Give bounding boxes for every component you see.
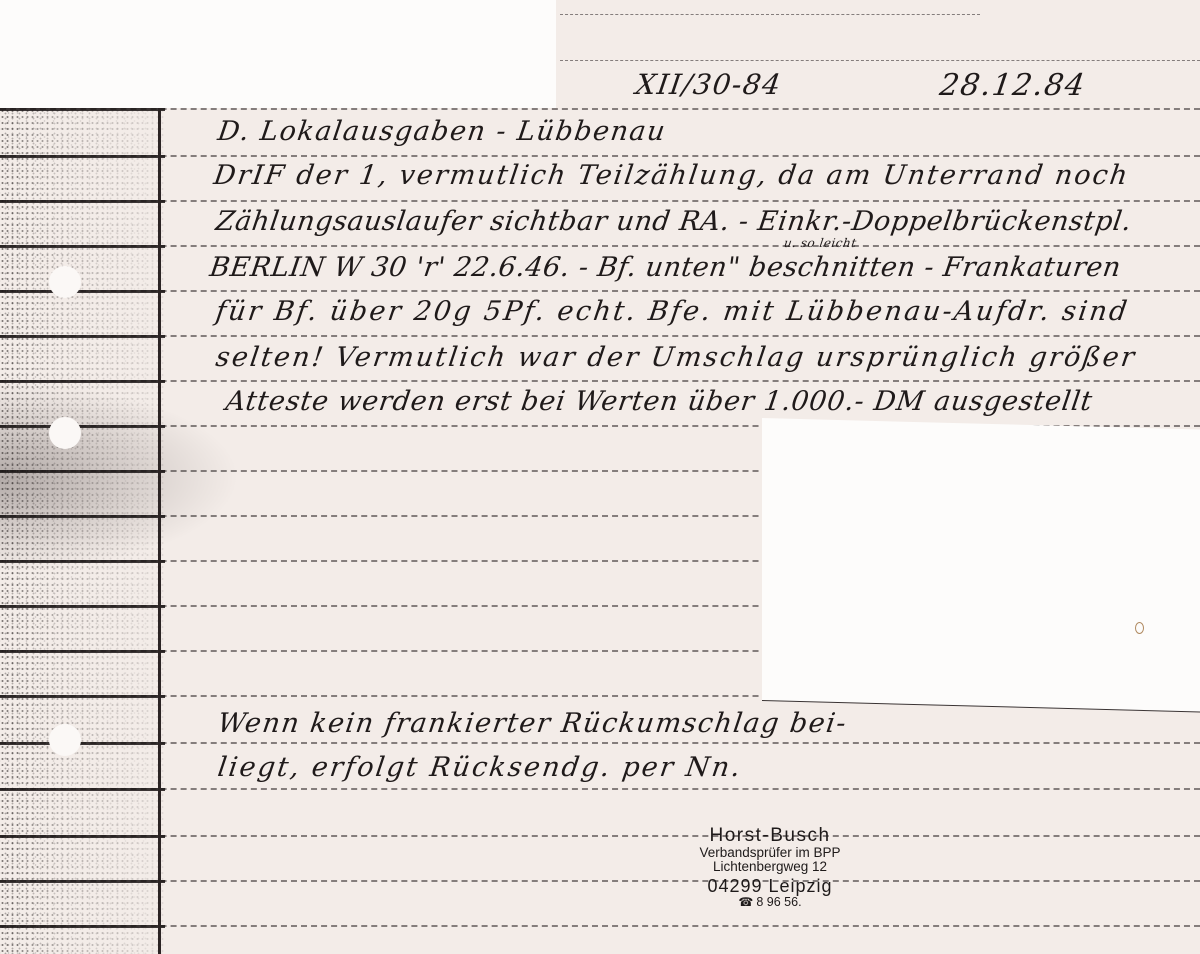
blank-overlay-right [762,418,1200,712]
ruled-line [0,742,1200,744]
punch-hole [49,724,81,756]
reference-number: XII/30-84 [634,68,784,101]
punch-hole [49,266,81,298]
margin-line [158,108,161,954]
ruled-line [0,245,1200,247]
examiner-stamp: Horst-Busch Verbandsprüfer im BPP Lichte… [660,826,880,909]
stamp-title: Verbandsprüfer im BPP [660,846,880,860]
stamp-street: Lichtenbergweg 12 [660,860,880,874]
ruled-line [0,335,1200,337]
body-line: D. Lokalausgaben - Lübbenau [216,116,668,147]
stamp-phone-row: ☎8 96 56. [660,896,880,909]
interlinear-note: u. so leicht [783,236,858,250]
punch-hole [49,417,81,449]
ruled-line [0,835,1200,837]
ruled-line [0,788,1200,790]
blank-overlay-top [0,0,556,108]
document-page: XII/30-84 28.12.84 D. Lokalausgaben - Lü… [0,0,1200,954]
body-line: für Bf. über 20g 5Pf. echt. Bfe. mit Lüb… [214,296,1131,327]
ruled-line [560,14,980,15]
body-line: Zählungsauslaufer sichtbar und RA. - Ein… [214,206,1134,237]
telephone-icon: ☎ [738,895,753,909]
ruled-line [0,200,1200,202]
body-line: selten! Vermutlich war der Umschlag ursp… [214,342,1138,373]
body-line: Atteste werden erst bei Werten über 1.00… [224,386,1095,417]
stamp-name: Horst-Busch [660,826,880,846]
ruled-line [0,925,1200,927]
ruled-line [0,108,1200,110]
footer-line: liegt, erfolgt Rücksendg. per Nn. [216,752,744,783]
body-line: BERLIN W 30 'r' 22.6.46. - Bf. unten" be… [208,252,1123,283]
ruled-line [0,380,1200,382]
ruled-line [0,880,1200,882]
document-date: 28.12.84 [938,68,1089,103]
paper-speck [1135,622,1144,634]
stamp-phone: 8 96 56. [756,895,801,909]
stamp-city: 04299 Leipzig [660,877,880,896]
ruled-line [0,155,1200,157]
body-line: DrIF der 1, vermutlich Teilzählung, da a… [212,160,1132,191]
ruled-line [560,60,1200,61]
ruled-line [0,290,1200,292]
photocopy-margin-noise [0,108,165,954]
footer-line: Wenn kein frankierter Rückumschlag bei- [216,708,849,739]
